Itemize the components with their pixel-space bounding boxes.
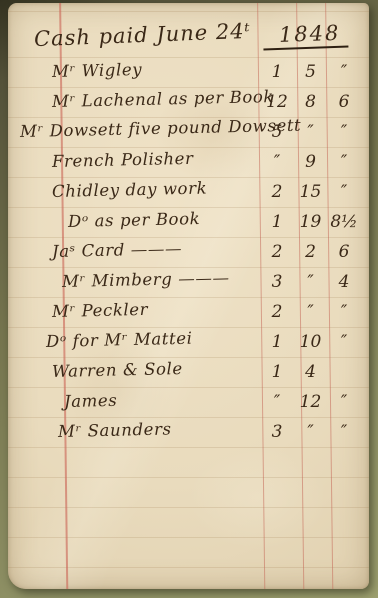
- entry-shillings: ″: [296, 122, 325, 142]
- entry-description: Chidley day work: [52, 178, 208, 201]
- ledger-row: James ″ 12 ″: [8, 389, 369, 419]
- entry-pounds: 3: [258, 272, 296, 292]
- ledger-row: Dᵒ as per Book 1 19 8½: [8, 209, 369, 239]
- entry-pounds: ″: [258, 392, 296, 412]
- entry-shillings: 8: [296, 92, 325, 112]
- year-label: 1848: [263, 21, 349, 51]
- entry-pence: ″: [325, 62, 363, 82]
- entry-shillings: 15: [296, 182, 325, 202]
- entry-description: French Polisher: [52, 149, 194, 171]
- ledger-header: Cash paid June 24ᵗ 1848: [8, 20, 369, 58]
- entry-shillings: 2: [296, 242, 325, 262]
- entry-pence: ″: [325, 122, 363, 142]
- entry-pounds: 1: [258, 332, 296, 352]
- entry-pounds: 12: [258, 92, 296, 112]
- entry-shillings: 10: [296, 332, 325, 352]
- ledger-row: Mʳ Saunders 3 ″ ″: [8, 419, 369, 449]
- ledger-row: Mʳ Wigley 1 5 ″: [8, 59, 369, 89]
- entry-pounds: 2: [258, 302, 296, 322]
- entry-pence: ″: [325, 302, 363, 322]
- ledger-rows: Mʳ Wigley 1 5 ″ Mʳ Lachenal as per Book …: [8, 59, 369, 449]
- ledger-row: French Polisher ″ 9 ″: [8, 149, 369, 179]
- entry-description: James: [64, 391, 118, 411]
- entry-shillings: 5: [296, 62, 325, 82]
- entry-pence: 4: [325, 272, 363, 292]
- entry-pounds: 3: [258, 422, 296, 442]
- ledger-page: Cash paid June 24ᵗ 1848 Mʳ Wigley 1 5 ″ …: [8, 3, 369, 589]
- entry-pounds: 1: [258, 212, 296, 232]
- entry-shillings: ″: [296, 302, 325, 322]
- entry-description: Mʳ Saunders: [58, 419, 172, 441]
- ledger-row: Dᵒ for Mʳ Mattei 1 10 ″: [8, 329, 369, 359]
- ledger-row: Warren & Sole 1 4: [8, 359, 369, 389]
- ledger-row: Mʳ Mimberg ——— 3 ″ 4: [8, 269, 369, 299]
- ledger-row: Mʳ Peckler 2 ″ ″: [8, 299, 369, 329]
- entry-shillings: 9: [296, 152, 325, 172]
- entry-shillings: 4: [296, 362, 325, 382]
- entry-description: Mʳ Peckler: [52, 300, 149, 321]
- entry-pounds: 2: [258, 182, 296, 202]
- entry-pence: ″: [325, 152, 363, 172]
- entry-description: Mʳ Lachenal as per Book: [52, 87, 274, 111]
- scanned-ledger-scene: Cash paid June 24ᵗ 1848 Mʳ Wigley 1 5 ″ …: [0, 0, 378, 598]
- entry-pounds: 1: [258, 62, 296, 82]
- entry-pence: ″: [325, 332, 363, 352]
- entry-pence: 6: [325, 242, 363, 262]
- ledger-content: Cash paid June 24ᵗ 1848 Mʳ Wigley 1 5 ″ …: [8, 3, 369, 589]
- entry-description: Mʳ Mimberg ———: [62, 268, 230, 291]
- page-title: Cash paid June 24ᵗ: [34, 19, 252, 51]
- entry-pence: ″: [325, 392, 363, 412]
- entry-shillings: 19: [296, 212, 325, 232]
- entry-pence: ″: [325, 182, 363, 202]
- entry-shillings: ″: [296, 272, 325, 292]
- entry-pence: 6: [325, 92, 363, 112]
- entry-description: Warren & Sole: [52, 359, 183, 381]
- ledger-row: Jaˢ Card ——— 2 2 6: [8, 239, 369, 269]
- entry-shillings: ″: [296, 422, 325, 442]
- ledger-row: Mʳ Dowsett five pound Dowsett 5 ″ ″: [8, 119, 369, 149]
- entry-description: Dᵒ as per Book: [68, 209, 201, 231]
- entry-description: Jaˢ Card ———: [52, 239, 183, 261]
- entry-description: Dᵒ for Mʳ Mattei: [46, 329, 193, 351]
- entry-pounds: 1: [258, 362, 296, 382]
- entry-pounds: ″: [258, 152, 296, 172]
- ledger-row: Chidley day work 2 15 ″: [8, 179, 369, 209]
- entry-pounds: 5: [258, 122, 296, 142]
- entry-pence: 8½: [325, 212, 363, 232]
- entry-pounds: 2: [258, 242, 296, 262]
- entry-description: Mʳ Wigley: [52, 60, 143, 81]
- ledger-row: Mʳ Lachenal as per Book 12 8 6: [8, 89, 369, 119]
- entry-shillings: 12: [296, 392, 325, 412]
- entry-pence: ″: [325, 422, 363, 442]
